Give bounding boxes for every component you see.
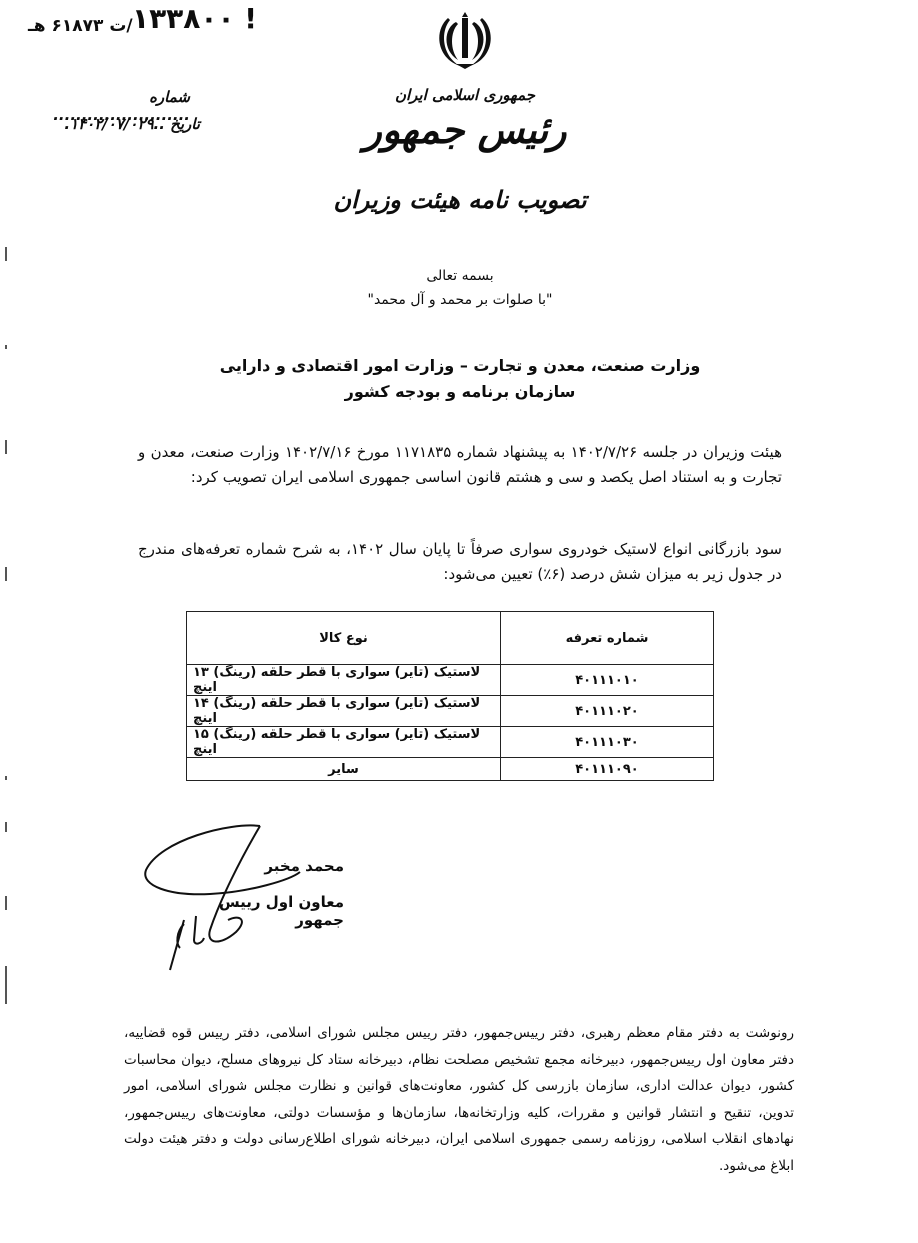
serial-mark: !: [244, 2, 257, 35]
table-row: ۴۰۱۱۱۰۳۰ لاستیک (تایر) سواری با قطر حلقه…: [187, 727, 714, 758]
copy-recipients: رونوشت به دفتر مقام معظم رهبری، دفتر ریی…: [124, 1020, 794, 1179]
signatory-title: معاون اول رییس جمهور: [176, 893, 344, 929]
date-field: تاریخ ..۱۴۰۲/۰۷/۰۲۹.: [50, 115, 200, 133]
serial-number: ! ۱۳۳۸۰۰: [132, 2, 257, 35]
ruling-paragraph: سود بازرگانی انواع لاستیک خودروی سواری ص…: [138, 537, 782, 587]
document-type-title: تصویب نامه هیئت وزیران: [330, 186, 590, 214]
header-goods-type: نوع کالا: [187, 612, 501, 665]
table-row: ۴۰۱۱۱۰۲۰ لاستیک (تایر) سواری با قطر حلقه…: [187, 696, 714, 727]
header-tariff-number: شماره تعرفه: [501, 612, 714, 665]
margin-mark: [5, 345, 7, 349]
number-label: شماره: [149, 88, 190, 106]
tariff-table: شماره تعرفه نوع کالا ۴۰۱۱۱۰۱۰ لاستیک (تا…: [186, 611, 714, 781]
margin-mark: [5, 896, 7, 910]
margin-mark: [5, 776, 7, 780]
date-value: ..۱۴۰۲/۰۷/۰۲۹.: [64, 115, 165, 133]
margin-mark: [5, 440, 7, 454]
table-row: ۴۰۱۱۱۰۱۰ لاستیک (تایر) سواری با قطر حلقه…: [187, 665, 714, 696]
tariff-code: ۴۰۱۱۱۰۱۰: [501, 665, 714, 696]
salawat: "با صلوات بر محمد و آل محمد": [300, 292, 620, 308]
serial-digits: ۱۳۳۸۰۰: [132, 2, 235, 35]
margin-mark: [5, 822, 7, 832]
table-header-row: شماره تعرفه نوع کالا: [187, 612, 714, 665]
margin-mark: [5, 966, 7, 1004]
goods-description: لاستیک (تایر) سواری با قطر حلقه (رینگ) ۱…: [187, 665, 501, 696]
addressee-line-2: سازمان برنامه و بودجه کشور: [120, 382, 800, 401]
basmala: بسمه تعالی: [300, 268, 620, 284]
tariff-code: ۴۰۱۱۱۰۳۰: [501, 727, 714, 758]
table-row: ۴۰۱۱۱۰۹۰ سایر: [187, 758, 714, 781]
margin-mark: [5, 247, 7, 261]
margin-mark: [5, 567, 7, 581]
republic-title: جمهوری اسلامی ایران: [360, 86, 570, 104]
signatory-name: محمد مخبر: [226, 857, 344, 875]
goods-description: سایر: [187, 758, 501, 781]
tariff-code: ۴۰۱۱۱۰۹۰: [501, 758, 714, 781]
goods-description: لاستیک (تایر) سواری با قطر حلقه (رینگ) ۱…: [187, 727, 501, 758]
tariff-code: ۴۰۱۱۱۰۲۰: [501, 696, 714, 727]
reference-number: /ت ۶۱۸۷۳ هـ: [28, 16, 133, 36]
goods-description: لاستیک (تایر) سواری با قطر حلقه (رینگ) ۱…: [187, 696, 501, 727]
decision-paragraph: هیئت وزیران در جلسه ۱۴۰۲/۷/۲۶ به پیشنهاد…: [138, 440, 782, 490]
date-label: تاریخ: [170, 115, 200, 133]
office-title: رئیس جمهور: [360, 108, 570, 152]
iran-emblem-icon: [436, 8, 494, 72]
addressee-line-1: وزارت صنعت، معدن و تجارت – وزارت امور اق…: [120, 356, 800, 375]
